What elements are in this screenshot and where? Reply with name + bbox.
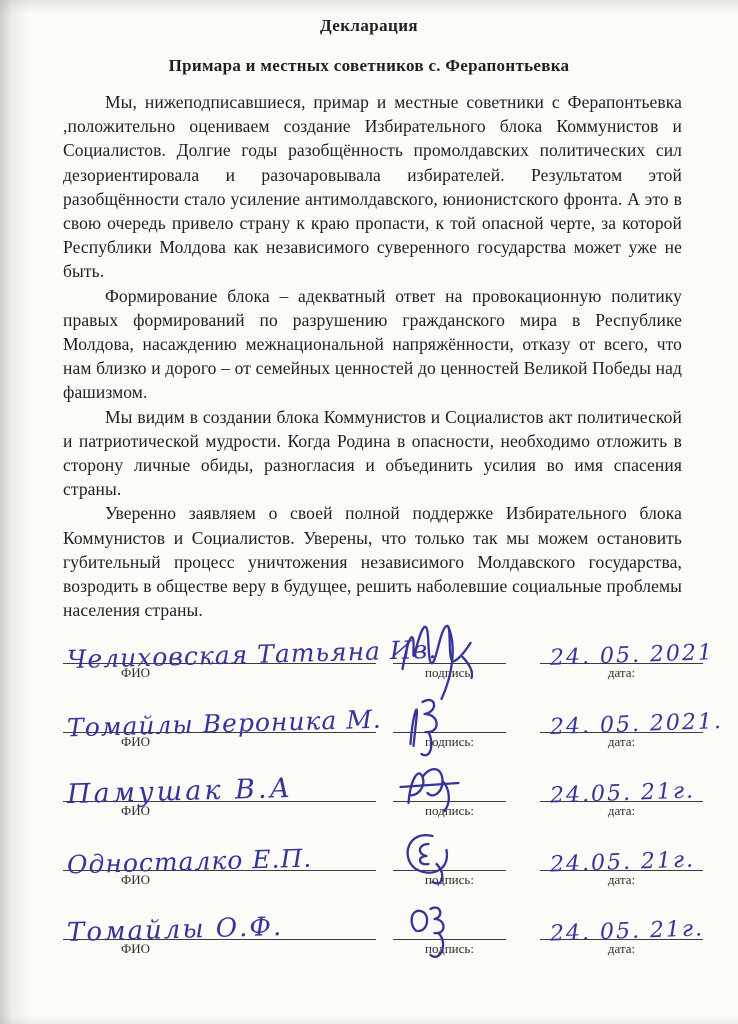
signature-row: Памушак В.А ФИО подпись: 24.05. 21г. дат…: [0, 750, 738, 819]
signature-row: Челиховская Татьяна Ив. ФИО подпись: 24.…: [0, 612, 738, 681]
date-label: дата:: [540, 871, 703, 888]
signer-name-field: Памушак В.А ФИО: [63, 801, 376, 819]
signature-scribble: [393, 893, 506, 979]
name-label: ФИО: [63, 940, 376, 957]
name-label: ФИО: [63, 733, 376, 750]
signature-block: Челиховская Татьяна Ив. ФИО подпись: 24.…: [0, 612, 738, 957]
document-body: Мы, нижеподписавшиеся, примар и местные …: [63, 90, 682, 622]
signer-signature-field: подпись:: [393, 870, 506, 888]
signer-name-field: Томайлы Вероника М. ФИО: [63, 732, 376, 750]
signer-signature-field: подпись:: [393, 801, 506, 819]
signature-row: Томайлы О.Ф. ФИО подпись: 24. 05. 21г. д…: [0, 888, 738, 957]
signer-signature-field: подпись:: [393, 732, 506, 750]
signer-date-field: 24.05. 21г. дата:: [540, 801, 703, 819]
signer-date-field: 24. 05. 2021. дата:: [540, 732, 703, 750]
paragraph-4: Уверенно заявляем о своей полной поддерж…: [63, 501, 682, 622]
signer-name-field: Томайлы О.Ф. ФИО: [63, 939, 376, 957]
scan-edge-shadow-bottom: [0, 1014, 738, 1024]
signer-date-field: 24. 05. 2021 дата:: [540, 663, 703, 681]
name-label: ФИО: [63, 871, 376, 888]
date-label: дата:: [540, 733, 703, 750]
signature-row: Односталко Е.П. ФИО подпись: 24.05. 21г.…: [0, 819, 738, 888]
name-label: ФИО: [63, 664, 376, 681]
date-label: дата:: [540, 802, 703, 819]
signer-date-field: 24.05. 21г. дата:: [540, 870, 703, 888]
date-label: дата:: [540, 664, 703, 681]
paragraph-3: Мы видим в создании блока Коммунистов и …: [63, 405, 682, 502]
paragraph-2: Формирование блока – адекватный ответ на…: [63, 284, 682, 405]
signer-signature-field: подпись:: [393, 939, 506, 957]
document-title: Декларация: [0, 0, 738, 36]
document-header: Декларация Примара и местных советников …: [0, 0, 738, 76]
paragraph-1: Мы, нижеподписавшиеся, примар и местные …: [63, 90, 682, 284]
signer-name-field: Челиховская Татьяна Ив. ФИО: [63, 663, 376, 681]
date-label: дата:: [540, 940, 703, 957]
signer-signature-field: подпись:: [393, 663, 506, 681]
scanned-document-page: Декларация Примара и местных советников …: [0, 0, 738, 1024]
signer-name-field: Односталко Е.П. ФИО: [63, 870, 376, 888]
signer-date-field: 24. 05. 21г. дата:: [540, 939, 703, 957]
signature-row: Томайлы Вероника М. ФИО подпись: 24. 05.…: [0, 681, 738, 750]
document-subtitle: Примара и местных советников с. Ферапонт…: [0, 36, 738, 76]
name-label: ФИО: [63, 802, 376, 819]
